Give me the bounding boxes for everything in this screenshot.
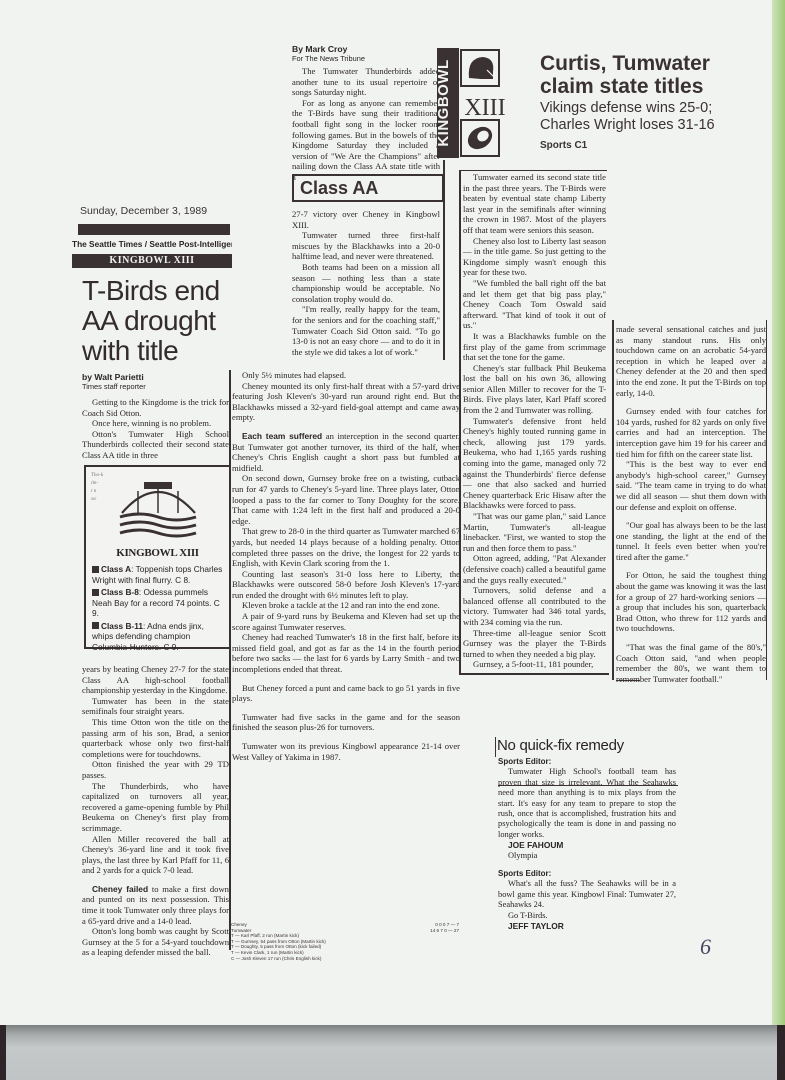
paragraph: A pair of 9-yard runs by Beukema and Kle… — [232, 611, 460, 632]
column-rule-bottom — [459, 673, 609, 675]
dateline: Sunday, December 3, 1989 — [80, 205, 225, 217]
letters-headline: No quick-fix remedy — [497, 737, 624, 754]
letter-signature: JEFF TAYLOR — [508, 921, 676, 931]
paragraph: Tumwater turned three first-half miscues… — [292, 230, 440, 262]
bullet-square-icon — [92, 566, 99, 573]
paragraph: Tumwater earned its second state title i… — [463, 172, 606, 236]
paragraph: made several sensational catches and jus… — [616, 324, 766, 398]
paragraph: Gurnsey ended with four catches for 104 … — [616, 406, 766, 459]
section-reference: Sports C1 — [540, 140, 587, 151]
paragraph: The Thunderbirds, who have capitalized o… — [82, 781, 229, 834]
kingdome-bridge-icon — [116, 477, 201, 545]
paragraph: Otton's Tumwater High School Thunderbird… — [82, 429, 229, 461]
black-rule — [78, 224, 230, 235]
inset-item-label: Class B-8 — [101, 587, 139, 597]
scoring-play: C — Josh Kleven 17 run (Chris English ki… — [231, 956, 459, 962]
article-middle-top: The Tumwater Thunderbirds added another … — [292, 66, 440, 183]
letters-rule — [495, 737, 496, 757]
headline-left: T-Birds end AA drought with title — [82, 276, 232, 366]
inset-logo-title: KINGBOWL XIII — [86, 547, 229, 559]
newspaper-name: The Seattle Times / Seattle Post-Intelli… — [72, 239, 232, 249]
scribble-line: ss/ — [91, 496, 103, 504]
letter-body: What's all the fuss? The Seahawks will b… — [498, 879, 676, 910]
class-aa-label: Class AA — [292, 174, 444, 202]
inset-item: Class B-8: Odessa pummels Neah Bay for a… — [92, 587, 226, 619]
paragraph: years by beating Cheney 27-7 for the sta… — [82, 664, 229, 696]
letter-salutation: Sports Editor: — [498, 869, 676, 879]
end-rule — [616, 680, 640, 681]
letter-signature: JOE FAHOUM — [508, 840, 676, 850]
scrapbook-page: Sunday, December 3, 1989 The Seattle Tim… — [0, 0, 772, 1025]
paragraph: Tumwater won its previous Kingbowl appea… — [232, 741, 460, 762]
article-right-column-b: made several sensational catches and jus… — [616, 324, 766, 684]
paragraph: Getting to the Kingdome is the trick for… — [82, 397, 229, 418]
bullet-square-icon — [92, 589, 99, 596]
paragraph: Three-time all-league senior Scott Gurns… — [463, 628, 606, 660]
svg-text:KINGBOWL: KINGBOWL — [437, 59, 452, 146]
paragraph: This time Otton won the title on the pas… — [82, 717, 229, 759]
letter-closing: Go T-Birds. — [508, 911, 676, 921]
paragraph: Tumwater has been in the state semifinal… — [82, 696, 229, 717]
paragraph: Once here, winning is no problem. — [82, 418, 229, 429]
inset-item-list: Class A: Toppenish tops Charles Wright w… — [92, 564, 226, 654]
paragraph: Cheney also lost to Liberty last season … — [463, 236, 606, 278]
byline-middle: By Mark Croy For The News Tribune — [292, 44, 442, 63]
handwritten-page-number: 6 — [700, 934, 711, 960]
paragraph: On second down, Gurnsey broke free on a … — [232, 473, 460, 526]
box-score: Cheney0 0 0 7 — 7 Tumwater14 6 7 0 — 27 … — [231, 922, 459, 961]
paragraph: "We fumbled the ball right off the bat a… — [463, 278, 606, 331]
paragraph: Kleven broke a tackle at the 12 and ran … — [232, 600, 460, 611]
inset-item-label: Class B-11 — [101, 621, 143, 631]
green-page-edge — [772, 0, 785, 1025]
paragraph: Cheney mounted its only first-half threa… — [232, 381, 460, 423]
inset-item-label: Class A — [101, 564, 131, 574]
paragraph: Tumwater's defensive front held Cheney's… — [463, 416, 606, 511]
paragraph: That grew to 28-0 in the third quarter a… — [232, 526, 460, 568]
byline-role: Times staff reporter — [82, 382, 227, 391]
inset-item: Class B-11: Adna ends jinx, whips defend… — [92, 621, 226, 653]
article-left-bottom: years by beating Cheney 27-7 for the sta… — [82, 664, 229, 958]
paragraph: Cheney had reached Tumwater's 18 in the … — [232, 632, 460, 674]
paragraph: Otton's long bomb was caught by Scott Gu… — [82, 926, 229, 958]
byline-left: by Walt Parietti Times staff reporter — [82, 372, 227, 391]
article-middle-lower: Only 5½ minutes had elapsed. Cheney moun… — [232, 370, 460, 762]
letter-divider — [498, 785, 678, 786]
paragraph: Allen Miller recovered the ball at Chene… — [82, 834, 229, 876]
column-rule — [443, 160, 445, 360]
article-left-top: Getting to the Kingdome is the trick for… — [82, 397, 229, 461]
column-rule-top — [459, 170, 607, 171]
paragraph: Each team suffered an interception in th… — [232, 431, 460, 473]
paragraph: Cheney's star fullback Phil Beukema lost… — [463, 363, 606, 416]
paragraph: The Tumwater Thunderbirds added another … — [292, 66, 440, 98]
paragraph: Only 5½ minutes had elapsed. — [232, 370, 460, 381]
paragraph: It was a Blackhawks fumble on the first … — [463, 331, 606, 363]
byline-name: by Walt Parietti — [82, 372, 227, 382]
paragraph: "That was the final game of the 80's," C… — [616, 642, 766, 684]
column-rule — [459, 170, 461, 675]
scanner-edge-right — [777, 1025, 785, 1080]
letters-section: Sports Editor: Tumwater High School's fo… — [498, 757, 676, 932]
paragraph: Counting last season's 31-0 loss here to… — [232, 569, 460, 601]
bullet-square-icon — [92, 622, 99, 629]
paragraph: 27-7 victory over Cheney in Kingbowl XII… — [292, 209, 440, 230]
paragraph: "That was our game plan," said Lance Mar… — [463, 511, 606, 553]
letter-body: Tumwater High School's football team has… — [498, 767, 676, 840]
lead-in: Cheney failed — [92, 884, 148, 894]
paragraph: But Cheney forced a punt and came back t… — [232, 683, 460, 704]
paragraph: Tumwater had five sacks in the game and … — [232, 712, 460, 733]
letter-salutation: Sports Editor: — [498, 757, 676, 767]
paragraph: Otton finished the year with 29 TD passe… — [82, 759, 229, 780]
article-right-column-a: Tumwater earned its second state title i… — [463, 172, 606, 670]
subheadline-right: Vikings defense wins 25-0; Charles Wrigh… — [540, 100, 765, 133]
scanner-bottom-edge — [0, 1025, 785, 1080]
article-middle-under-label: 27-7 victory over Cheney in Kingbowl XII… — [292, 209, 440, 357]
letter-city: Olympia — [508, 851, 676, 861]
scribble-line: Tho-k — [91, 472, 103, 480]
kingbowl-xiii-logo-icon: KINGBOWL XIII — [437, 48, 523, 158]
headline-right: Curtis, Tumwater claim state titles — [540, 52, 760, 98]
svg-text:XIII: XIII — [464, 95, 505, 121]
quarter-scores: 14 6 7 0 — 27 — [430, 928, 459, 934]
paragraph: "I'm really, really happy for the team, … — [292, 304, 440, 357]
scribble-line: rle- — [91, 480, 103, 488]
paragraph: For Otton, he said the toughest thing ab… — [616, 570, 766, 634]
column-rule — [766, 320, 767, 680]
paragraph: Gurnsey, a 5-foot-11, 181 pounder, — [463, 659, 606, 670]
byline-name: By Mark Croy — [292, 44, 442, 54]
column-rule — [612, 320, 614, 680]
column-rule — [229, 370, 231, 950]
paragraph: Both teams had been on a mission all sea… — [292, 262, 440, 304]
byline-role: For The News Tribune — [292, 54, 442, 63]
paragraph: Turnovers, solid defense and a balanced … — [463, 585, 606, 627]
paragraph: "Our goal has always been to be the last… — [616, 520, 766, 562]
scanner-edge-left — [0, 1025, 6, 1080]
handwritten-marks: Tho-k rle- r n ss/ — [91, 472, 103, 504]
paragraph: Cheney failed to make a first down and p… — [82, 884, 229, 926]
paragraph: For as long as anyone can remember the T… — [292, 98, 440, 183]
paragraph: Otton agreed, adding, "Pat Alexander (de… — [463, 553, 606, 585]
lead-in: Each team suffered — [242, 431, 322, 441]
kingbowl-inset-box: Tho-k rle- r n ss/ KINGBOWL XIII Class A… — [84, 465, 231, 649]
inset-item: Class A: Toppenish tops Charles Wright w… — [92, 564, 226, 585]
scribble-line: r n — [91, 488, 103, 496]
section-bar: KINGBOWL XIII — [72, 254, 232, 268]
paragraph: "This is the best way to ever end anybod… — [616, 459, 766, 512]
